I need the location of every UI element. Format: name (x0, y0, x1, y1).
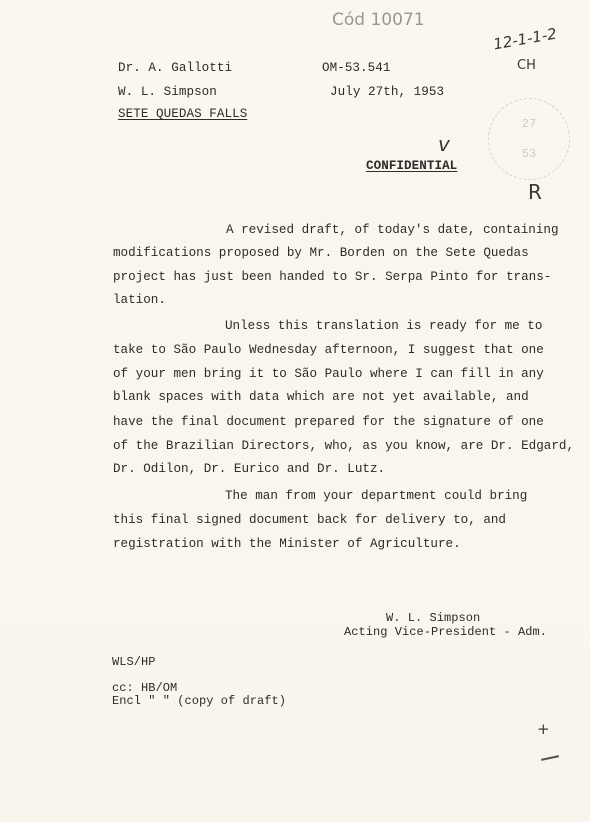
plus-mark-annotation: + (537, 720, 550, 738)
paragraph-line: The man from your department could bring (225, 489, 527, 503)
paragraph-line: of your men bring it to São Paulo where … (113, 367, 544, 381)
recipient: Dr. A. Gallotti (118, 62, 232, 75)
check-mark-annotation: v (438, 132, 450, 156)
paragraph-line: take to São Paulo Wednesday afternoon, I… (113, 343, 544, 357)
paragraph-line: project has just been handed to Sr. Serp… (113, 270, 551, 284)
paragraph-line: have the final document prepared for the… (113, 415, 544, 429)
stamp-year: 53 (489, 147, 569, 161)
paragraph-line: lation. (113, 293, 166, 307)
pen-stroke-mark (541, 755, 559, 760)
file-number-annotation: 12-1-1-2 (492, 25, 558, 54)
paragraph-line: A revised draft, of today's date, contai… (226, 223, 559, 237)
received-mark-annotation: R (528, 180, 542, 204)
classification-label: CONFIDENTIAL (366, 160, 457, 173)
paragraph-line: Dr. Odilon, Dr. Eurico and Dr. Lutz. (113, 462, 385, 476)
stamp-day: 27 (489, 117, 569, 131)
paragraph-line: blank spaces with data which are not yet… (113, 390, 529, 404)
letter-page: Cód 10071 12-1-1-2 CH v R 27 53 + Dr. A.… (0, 0, 590, 822)
reference-number: OM-53.541 (322, 62, 390, 75)
subject: SETE QUEDAS FALLS (118, 108, 247, 121)
initials-annotation: CH (517, 58, 536, 73)
sender: W. L. Simpson (118, 86, 217, 99)
paragraph-line: registration with the Minister of Agricu… (113, 537, 461, 551)
paragraph-line: Unless this translation is ready for me … (225, 319, 542, 333)
carbon-copy-line: cc: HB/OM (112, 682, 177, 694)
letter-date: July 27th, 1953 (330, 86, 444, 99)
date-stamp: 27 53 (488, 98, 570, 180)
paragraph-line: this final signed document back for deli… (113, 513, 506, 527)
signature-name: W. L. Simpson (386, 612, 480, 624)
enclosure-line: Encl " " (copy of draft) (112, 695, 286, 707)
typist-initials: WLS/HP (112, 656, 156, 668)
paragraph-line: of the Brazilian Directors, who, as you … (113, 439, 574, 453)
paragraph-line: modifications proposed by Mr. Borden on … (113, 246, 529, 260)
signature-title: Acting Vice-President - Adm. (344, 626, 547, 638)
archive-code-annotation: Cód 10071 (332, 10, 425, 30)
